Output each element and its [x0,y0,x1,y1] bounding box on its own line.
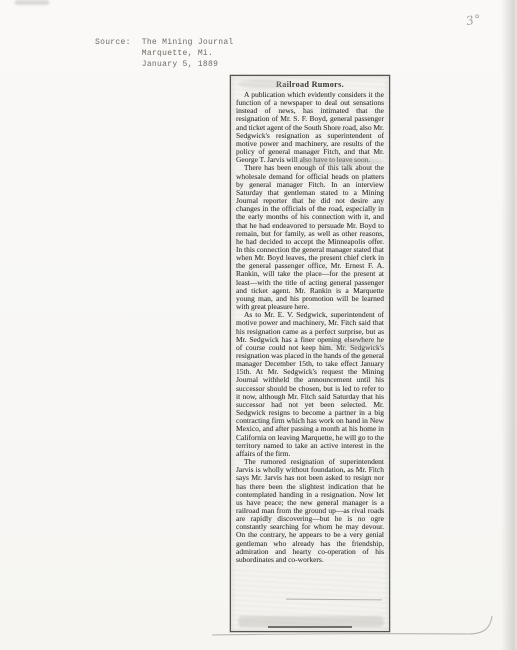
source-label: Source: [95,37,131,71]
source-citation: Source: The Mining Journal Marquette, Mi… [95,37,234,71]
clipping-paragraph-1: A publication which evidently considers … [236,91,384,164]
source-line-city: Marquette, Mi. [142,49,213,58]
source-details: The Mining Journal Marquette, Mi. Januar… [142,37,234,71]
newspaper-clipping: Railroad Rumors. A publication which evi… [230,75,390,632]
scanned-page: 3° Source: The Mining Journal Marquette,… [0,0,517,650]
clipping-paragraph-3: As to Mr. E. V. Sedgwick, superintendent… [236,311,384,458]
source-line-date: January 5, 1889 [142,60,219,69]
clipping-headline: Railroad Rumors. [236,80,384,90]
clipping-paragraph-2: There has been enough of this talk about… [236,164,384,311]
printed-end-dash [268,626,352,628]
clipping-paragraph-4: The rumored resignation of superintenden… [236,458,384,564]
source-line-journal: The Mining Journal [142,38,234,47]
scan-right-edge-shadow [501,0,517,650]
scan-corner-smudge [15,0,49,5]
handwritten-page-number: 3° [465,12,483,29]
